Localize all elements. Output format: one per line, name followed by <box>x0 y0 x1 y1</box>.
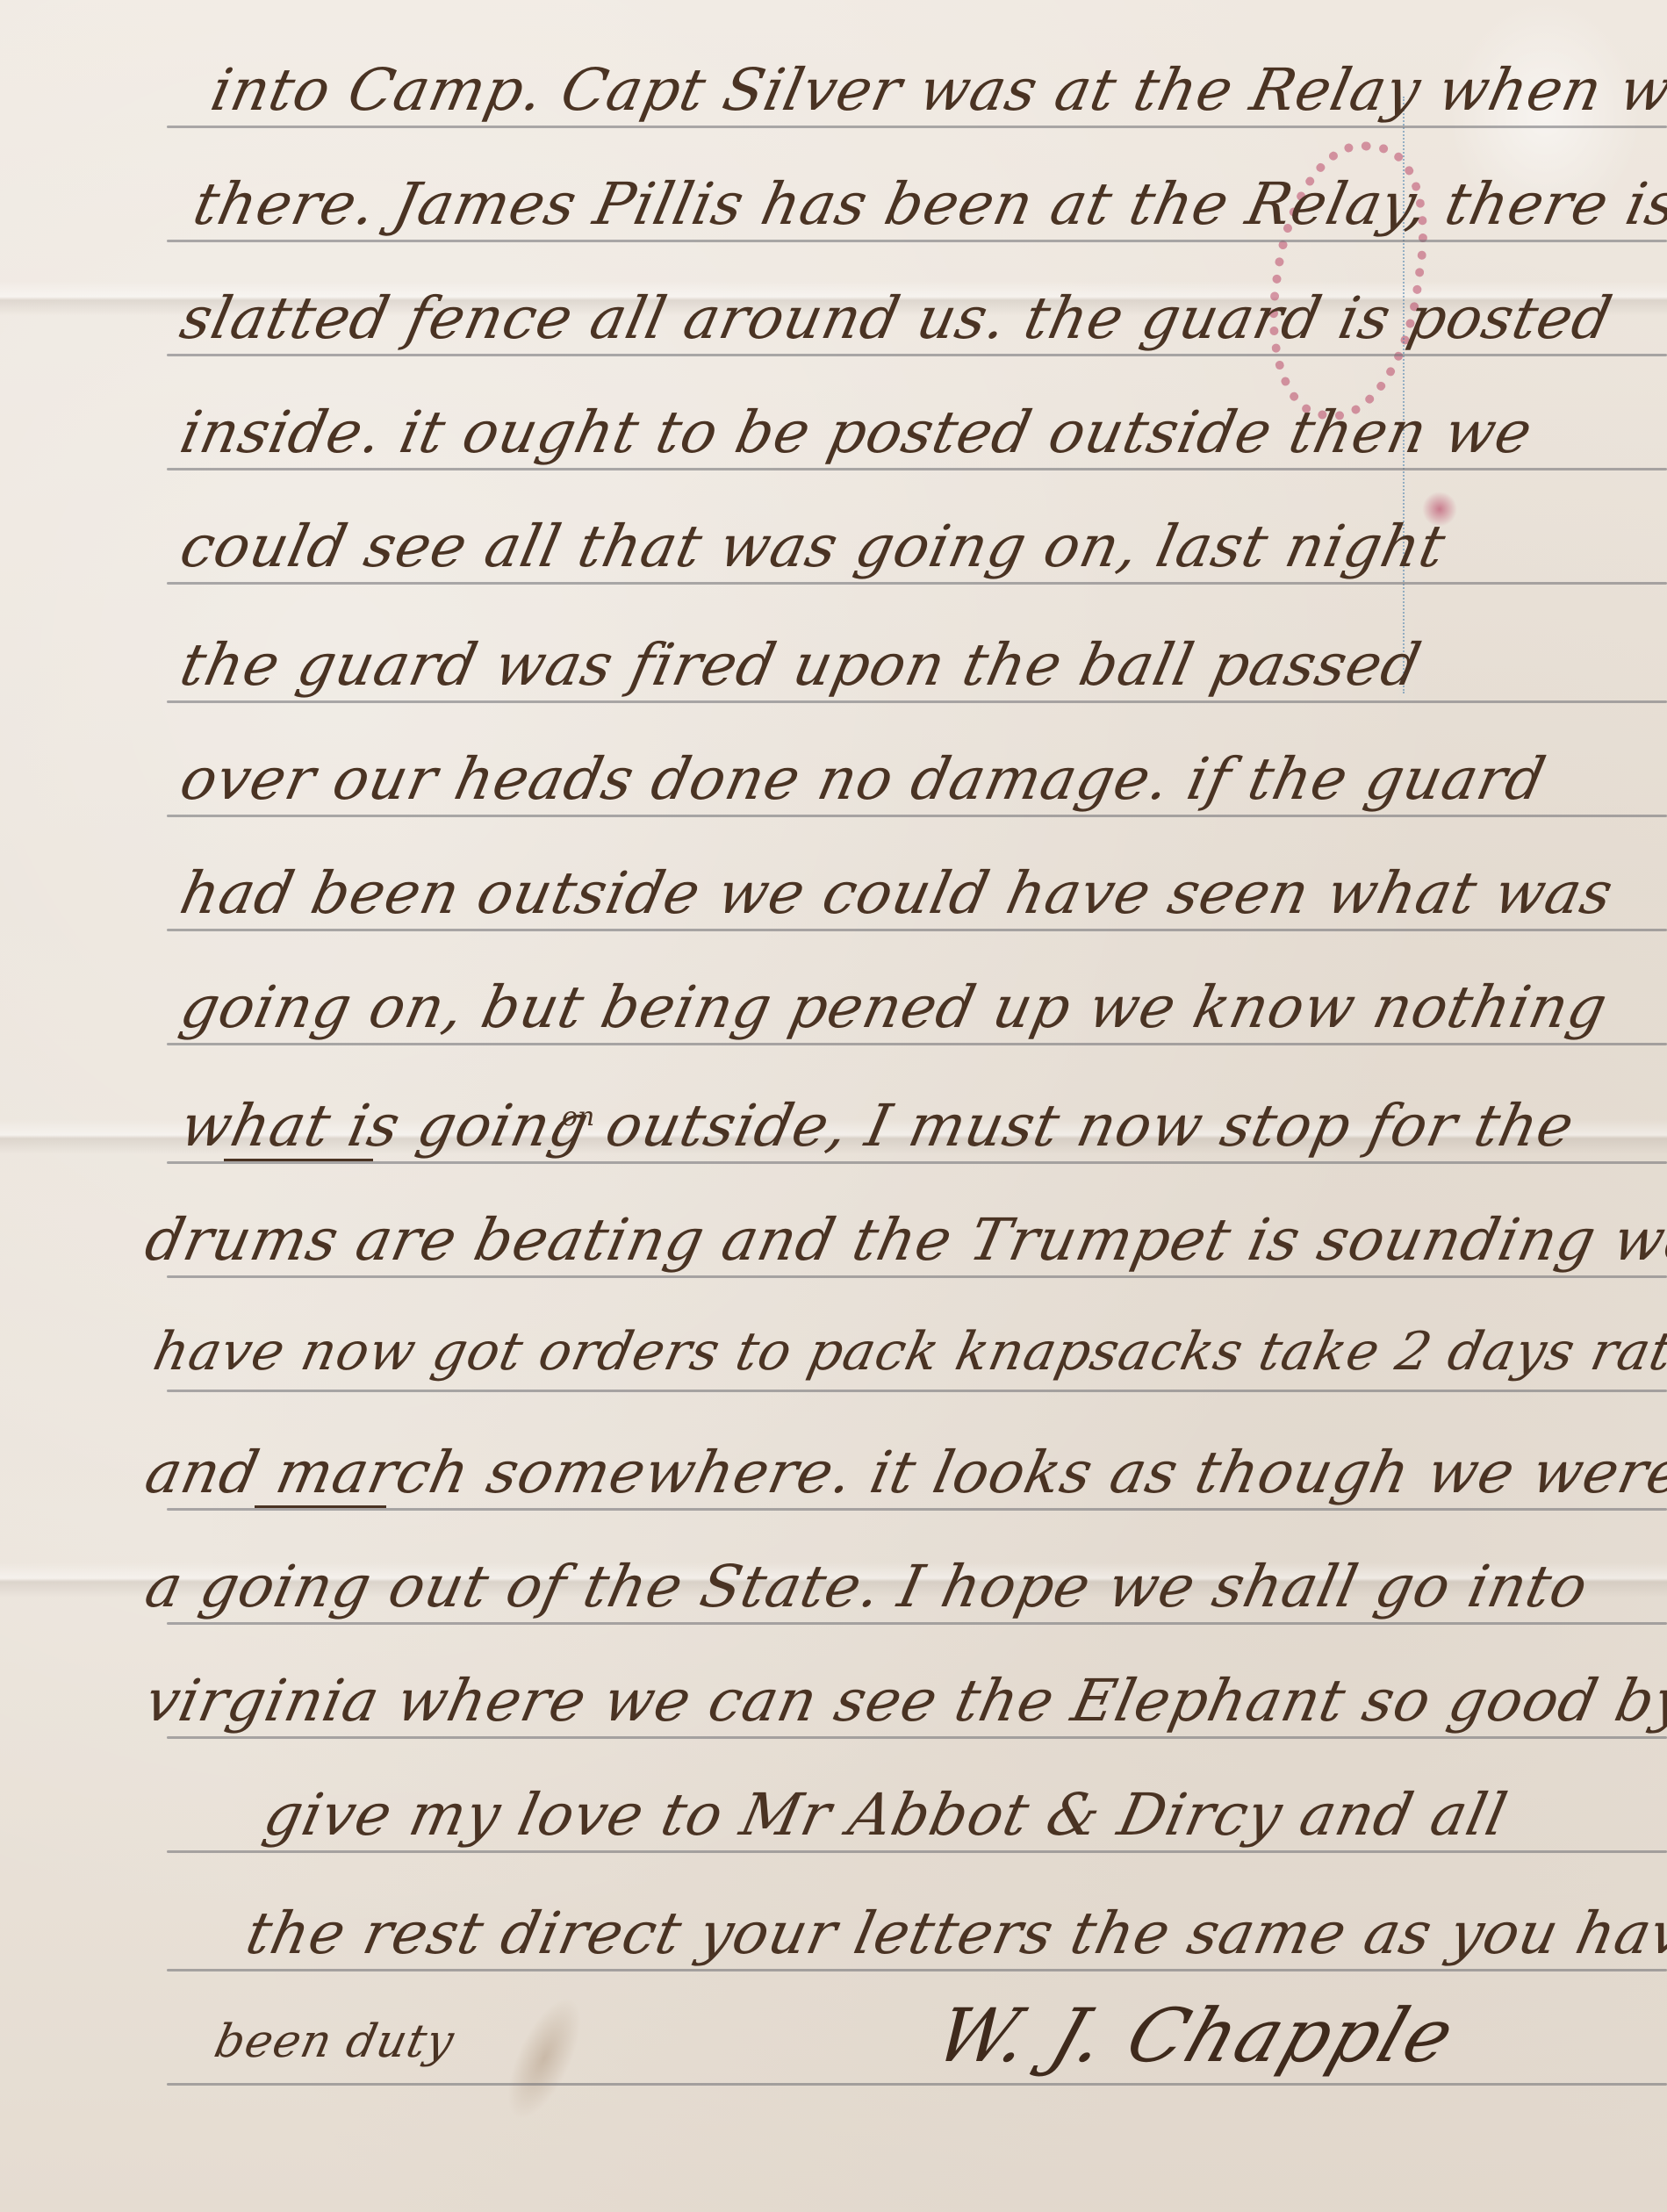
ruled-line <box>167 354 1667 356</box>
letter-line: have now got orders to pack knapsacks ta… <box>0 1325 1667 1378</box>
ruled-line <box>167 929 1667 931</box>
ruled-line <box>167 1275 1667 1278</box>
ruled-line <box>167 1390 1667 1392</box>
letter-line: could see all that was going on, last ni… <box>0 518 1667 576</box>
letter-line: drums are beating and the Trumpet is sou… <box>0 1211 1667 1269</box>
letter-line: what is going outside, I must now stop f… <box>0 1097 1667 1155</box>
letter-line: there. James Pillis has been at the Rela… <box>0 176 1667 233</box>
letter-line: into Camp. Capt Silver was at the Relay … <box>0 61 1667 119</box>
letter-line: had been outside we could have seen what… <box>0 865 1667 923</box>
letter-line: and march somewhere. it looks as though … <box>0 1444 1667 1502</box>
ruled-line <box>167 700 1667 703</box>
letter-line: over our heads done no damage. if the gu… <box>0 750 1667 808</box>
ruled-line <box>167 468 1667 470</box>
underline-mark <box>224 1159 373 1161</box>
ruled-line <box>167 1736 1667 1739</box>
interlinear-insertion: on <box>562 1102 594 1132</box>
ruled-line <box>167 1508 1667 1511</box>
ruled-line <box>167 1043 1667 1045</box>
letter-line: the rest direct your letters the same as… <box>0 1905 1667 1963</box>
ruled-line <box>167 2083 1667 2086</box>
ruled-line <box>167 1969 1667 1971</box>
ruled-line <box>167 1161 1667 1164</box>
letter-line: going on, but being pened up we know not… <box>0 979 1667 1037</box>
letter-line: the guard was fired upon the ball passed <box>0 636 1667 694</box>
ruled-line <box>167 240 1667 242</box>
letter-line: slatted fence all around us. the guard i… <box>0 290 1667 348</box>
letter-line: a going out of the State. I hope we shal… <box>0 1558 1667 1616</box>
ruled-line <box>167 126 1667 128</box>
letter-page: into Camp. Capt Silver was at the Relay … <box>0 0 1667 2212</box>
letter-line: give my love to Mr Abbot & Dircy and all <box>0 1786 1667 1844</box>
underline-mark <box>255 1505 386 1508</box>
ruled-line <box>167 1850 1667 1853</box>
ruled-line <box>167 1622 1667 1625</box>
ruled-line <box>167 582 1667 585</box>
ruled-line <box>167 815 1667 817</box>
letter-line: virginia where we can see the Elephant s… <box>0 1672 1667 1730</box>
letter-line: inside. it ought to be posted outside th… <box>0 404 1667 462</box>
signature: W. J. Chapple <box>925 1993 1466 2079</box>
